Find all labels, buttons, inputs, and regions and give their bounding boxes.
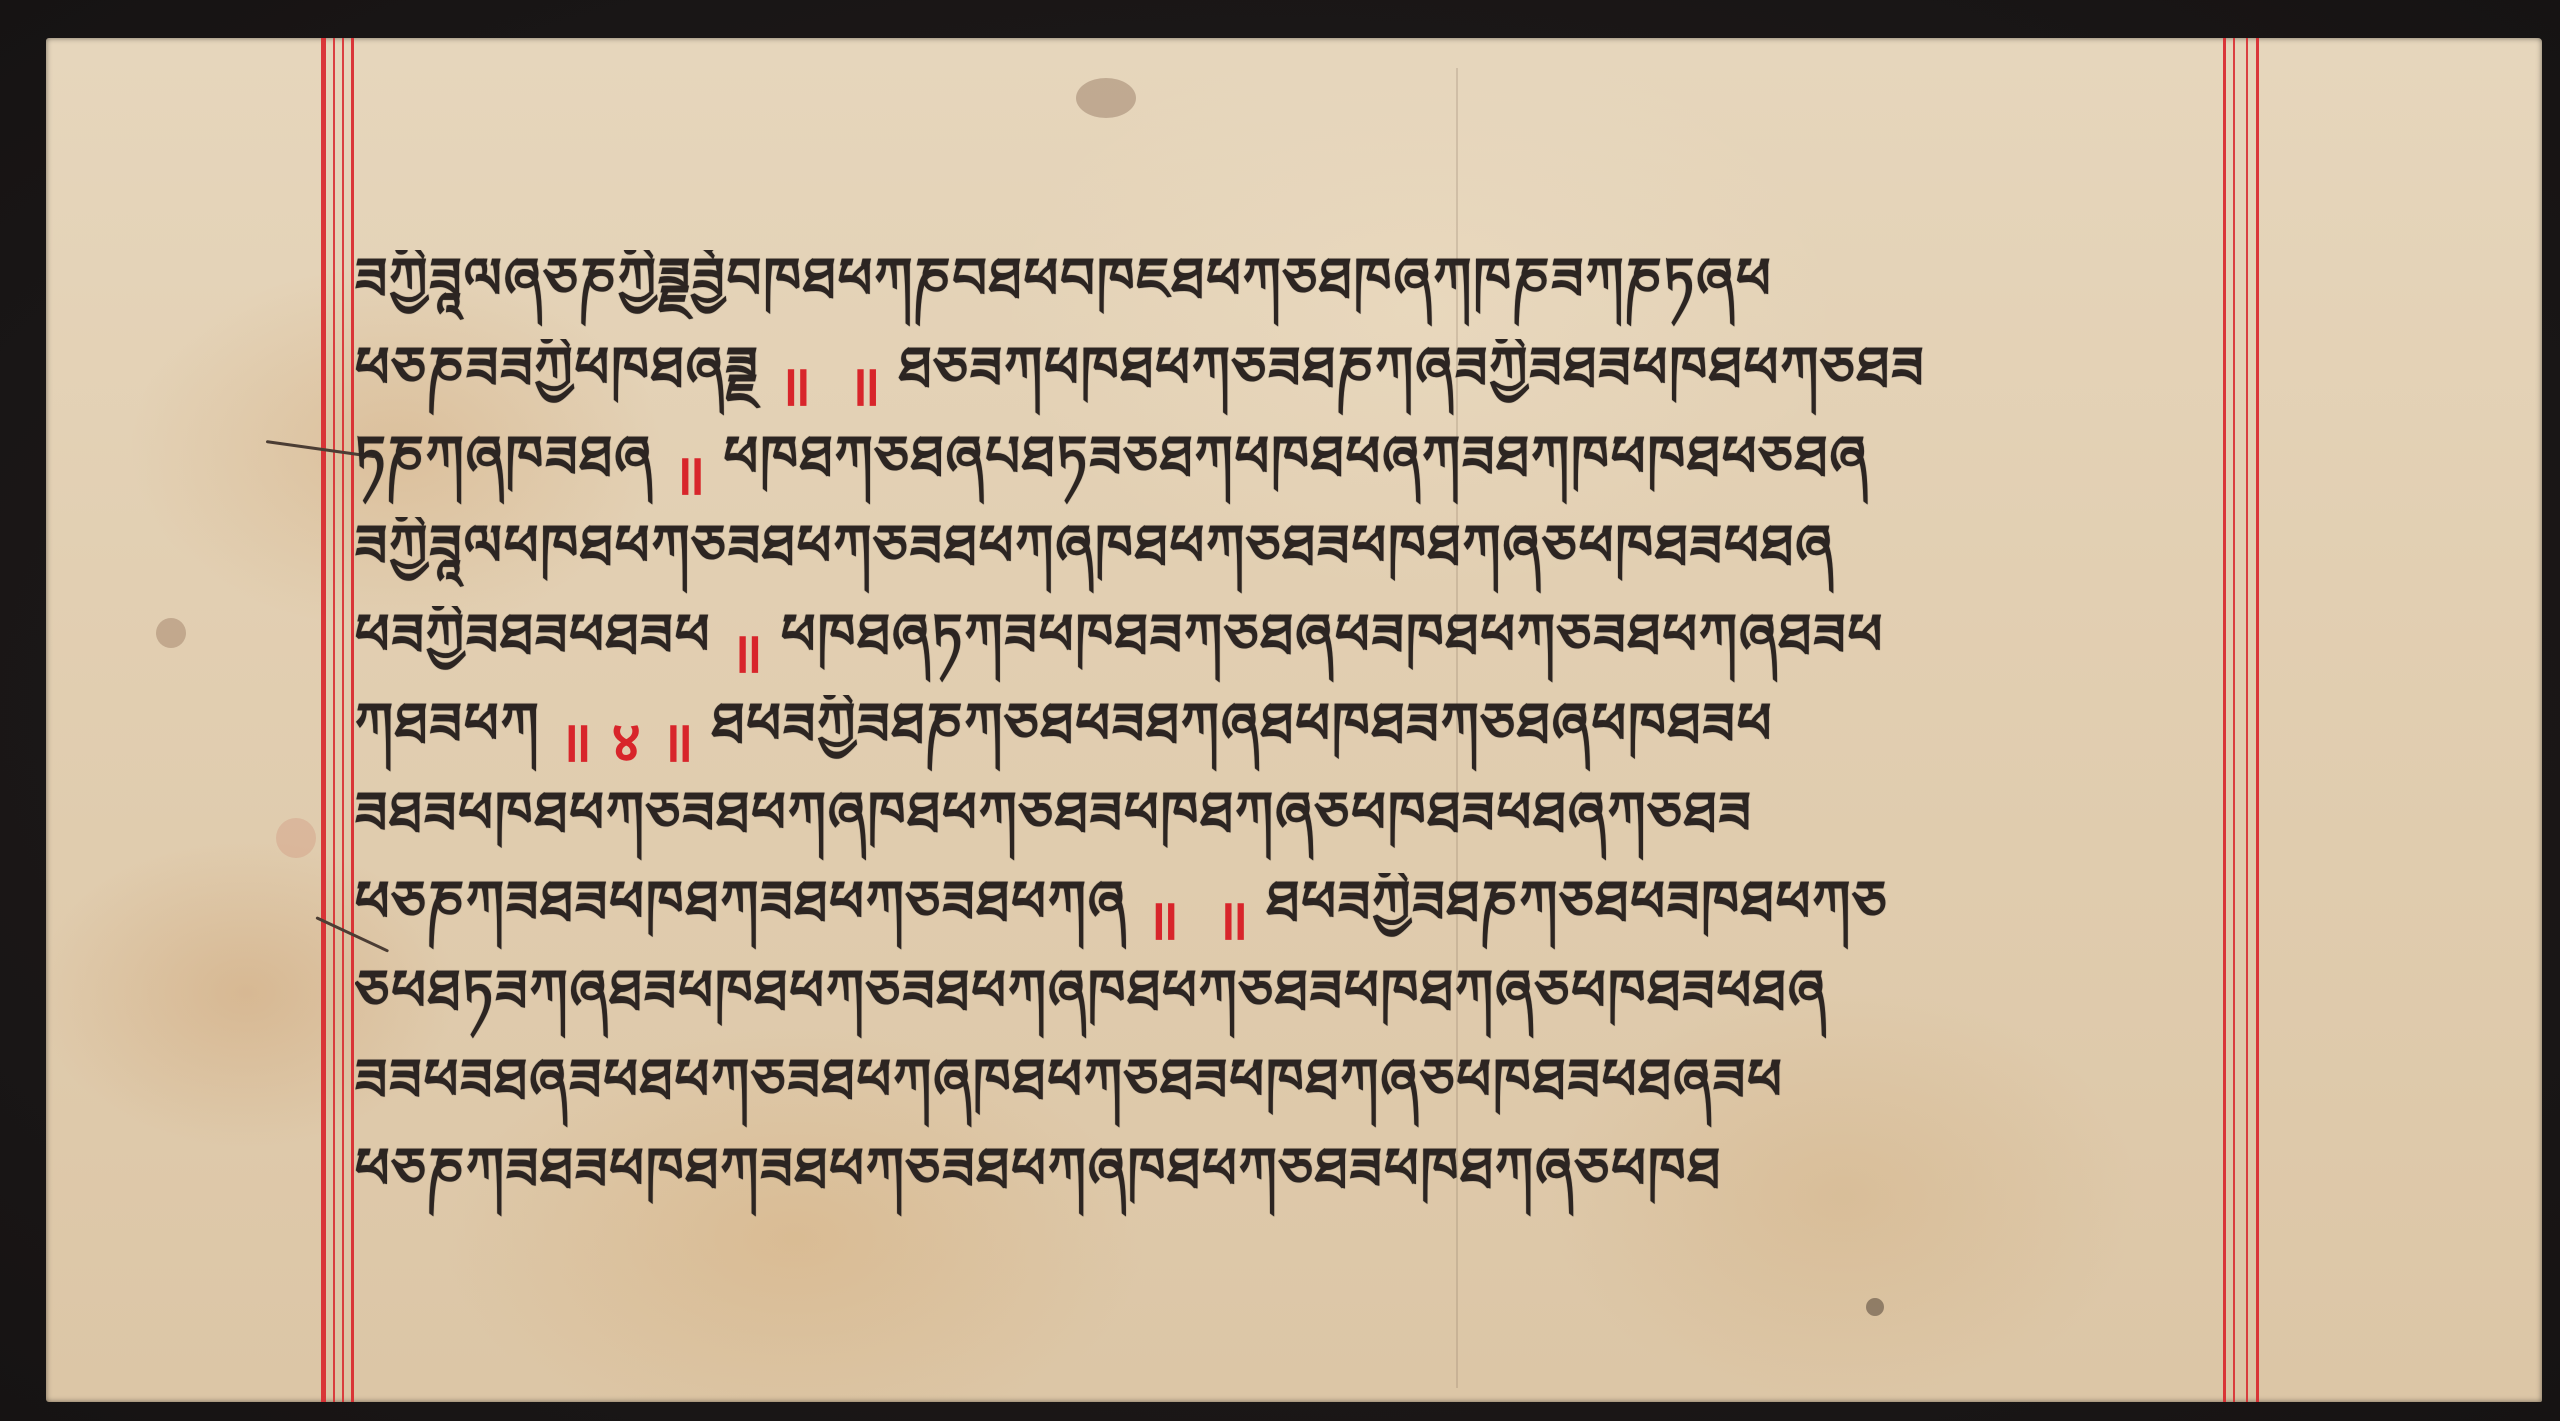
stain (276, 818, 316, 858)
manuscript-line: ཟཟཕཟཐཞཟཕཐཕཀཅཟཐཕཀཞཁཐཕཀཅཐཟཕཁཐཀཞཅཕཁཐཟཕཐཞཟཕ (355, 1051, 2215, 1140)
script-text: ཕཅཎཟཟཀྱིཕཁཐཞཟྗ (355, 339, 760, 428)
script-text: ཟཟཕཟཐཞཟཕཐཕཀཅཟཐཕཀཞཁཐཕཀཅཐཟཕཁཐཀཞཅཕཁཐཟཕཐཞཟཕ (355, 1051, 1784, 1140)
right-margin-rule (2233, 38, 2235, 1402)
script-text: ཐཅཟཀཕཁཐཕཀཅཟཐཎཀཞཟཀྱིཟཐཟཕཁཐཕཀཅཐཟ (899, 339, 1926, 428)
script-text: ཕཁཐཀཅཐཞཔཐཏཟཅཐཀཕཁཐཕཞཀཟཐཀཁཕཁཐཕཅཐཞ (724, 428, 1870, 517)
left-margin-rule (333, 38, 335, 1402)
right-margin-rule (2256, 38, 2259, 1402)
manuscript-line: ཀཐཟཕཀ॥ ४ ॥ཐཕཟཀྱིཟཐཎཀཅཐཕཟཐཀཞཐཕཁཐཟཀཅཐཞཕཁཐཟ… (355, 695, 2215, 784)
manuscript-line: ཟཀྱིཟཱལཕཁཐཕཀཅཟཐཕཀཅཟཐཕཀཞཁཐཕཀཅཐཟཕཁཐཀཞཅཕཁཐཟ… (355, 517, 2215, 606)
script-text: ཐཕཟཀྱིཟཐཎཀཅཐཕཟཁཐཕཀཅ (1267, 873, 1889, 962)
stain (1866, 1298, 1884, 1316)
red-danda-punctuation: ॥ ४ ॥ (541, 702, 712, 778)
script-text: ཏཎཀཞཁཟཐཞ (355, 428, 654, 517)
manuscript-line: ཟཀྱིཟཱལཞཅཎཀྱིཟྗཟྱོབཁཐཕཀཎབཐཕབཁཇཐཕཀཅཐཁཞཀཁཎ… (355, 250, 2215, 339)
red-danda-punctuation: ॥ (711, 613, 781, 689)
red-danda-punctuation: ॥ (1197, 880, 1267, 956)
script-text: ཀཐཟཕཀ (355, 695, 541, 784)
script-text: ཕཁཐཞཏཀཟཕཁཐཟཀཅཐཞཕཟཁཐཕཀཅཟཐཕཀཞཐཟཕ (781, 606, 1884, 695)
script-text: ཟཐཟཕཁཐཕཀཅཟཐཕཀཞཁཐཕཀཅཐཟཕཁཐཀཞཅཕཁཐཟཕཐཞཀཅཐཟ (355, 784, 1753, 873)
script-text: ཟཀྱིཟཱལཞཅཎཀྱིཟྗཟྱོབཁཐཕཀཎབཐཕབཁཇཐཕཀཅཐཁཞཀཁཎ… (355, 250, 1773, 339)
right-margin-rule (2223, 38, 2226, 1402)
left-margin-rule (321, 38, 326, 1402)
right-margin-rule (2246, 38, 2248, 1402)
script-text: ཐཕཟཀྱིཟཐཎཀཅཐཕཟཐཀཞཐཕཁཐཟཀཅཐཞཕཁཐཟཕ (712, 695, 1774, 784)
manuscript-text-block: ཟཀྱིཟཱལཞཅཎཀྱིཟྗཟྱོབཁཐཕཀཎབཐཕབཁཇཐཕཀཅཐཁཞཀཁཎ… (355, 250, 2215, 1229)
script-text: ཕཅཎཀཟཐཟཕཁཐཀཟཐཕཀཅཟཐཕཀཞཁཐཕཀཅཐཟཕཁཐཀཞཅཕཁཐ (355, 1140, 1722, 1229)
manuscript-line: ཕཟཀྱིཟཐཟཕཐཟཕ॥ཕཁཐཞཏཀཟཕཁཐཟཀཅཐཞཕཟཁཐཕཀཅཟཐཕཀཞ… (355, 606, 2215, 695)
manuscript-line: ཕཅཎཀཟཐཟཕཁཐཀཟཐཕཀཅཟཐཕཀཞ॥॥ཐཕཟཀྱིཟཐཎཀཅཐཕཟཁཐཕ… (355, 873, 2215, 962)
manuscript-line: ཕཅཎཟཟཀྱིཕཁཐཞཟྗ॥॥ཐཅཟཀཕཁཐཕཀཅཟཐཎཀཞཟཀྱིཟཐཟཕཁ… (355, 339, 2215, 428)
left-margin-rule (351, 38, 354, 1402)
red-danda-punctuation: ॥ (654, 435, 724, 511)
manuscript-line: ཟཐཟཕཁཐཕཀཅཟཐཕཀཞཁཐཕཀཅཐཟཕཁཐཀཞཅཕཁཐཟཕཐཞཀཅཐཟ (355, 784, 2215, 873)
red-danda-punctuation: ॥ (760, 346, 830, 422)
red-danda-punctuation: ॥ (1128, 880, 1198, 956)
script-text: ཕཅཎཀཟཐཟཕཁཐཀཟཐཕཀཅཟཐཕཀཞ (355, 873, 1128, 962)
left-margin-rule (342, 38, 344, 1402)
stain (1076, 78, 1136, 118)
manuscript-line: ཏཎཀཞཁཟཐཞ॥ཕཁཐཀཅཐཞཔཐཏཟཅཐཀཕཁཐཕཞཀཟཐཀཁཕཁཐཕཅཐཞ (355, 428, 2215, 517)
manuscript-line: ཕཅཎཀཟཐཟཕཁཐཀཟཐཕཀཅཟཐཕཀཞཁཐཕཀཅཐཟཕཁཐཀཞཅཕཁཐ (355, 1140, 2215, 1229)
script-text: ཟཀྱིཟཱལཕཁཐཕཀཅཟཐཕཀཅཟཐཕཀཞཁཐཕཀཅཐཟཕཁཐཀཞཅཕཁཐཟ… (355, 517, 1835, 606)
stain (156, 618, 186, 648)
manuscript-line: ཅཕཐཏཟཀཞཐཟཕཁཐཕཀཅཟཐཕཀཞཁཐཕཀཅཐཟཕཁཐཀཞཅཕཁཐཟཕཐཞ (355, 962, 2215, 1051)
script-text: ཕཟཀྱིཟཐཟཕཐཟཕ (355, 606, 711, 695)
script-text: ཅཕཐཏཟཀཞཐཟཕཁཐཕཀཅཟཐཕཀཞཁཐཕཀཅཐཟཕཁཐཀཞཅཕཁཐཟཕཐཞ (355, 962, 1828, 1051)
red-danda-punctuation: ॥ (829, 346, 899, 422)
